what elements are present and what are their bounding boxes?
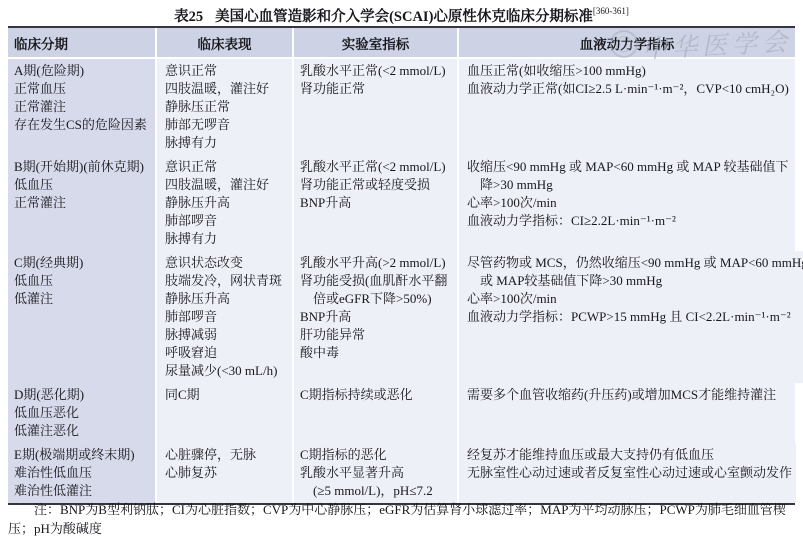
cma-seal-icon xyxy=(610,30,638,58)
cell-clinical: 意识正常四肢温暖，灌注好静脉压升高肺部啰音脉搏有力 xyxy=(155,155,292,251)
cell-line: 低灌注恶化 xyxy=(14,422,151,440)
cell-hemodynamics: 尽管药物或 MCS，仍然收缩压<90 mmHg 或 MAP<60 mmHg或 M… xyxy=(457,251,803,383)
cell-line: 心率>100次/min xyxy=(467,194,791,212)
cell-line: 肺部无啰音 xyxy=(165,116,288,134)
cell-line: 或 MAP较基础值下降>30 mmHg xyxy=(467,272,803,290)
cell-line: 低血压恶化 xyxy=(14,404,151,422)
cell-line: 肾功能正常或轻度受损 xyxy=(300,176,453,194)
cell-line: 正常灌注 xyxy=(14,194,151,212)
cell-line: D期(恶化期) xyxy=(14,386,151,404)
cell-line: 正常灌注 xyxy=(14,98,151,116)
cell-line: 降>30 mmHg xyxy=(467,176,791,194)
cell-line: 四肢温暖，灌注好 xyxy=(165,176,288,194)
cell-lab: 乳酸水平升高(>2 mmol/L)肾功能受损(血肌酐水平翻倍或eGFR下降>50… xyxy=(292,251,457,383)
cell-line: BNP升高 xyxy=(300,194,453,212)
cell-line: 尿量减少(<30 mL/h) xyxy=(165,362,288,380)
cell-line: 经复苏才能维持血压或最大支持仍有低血压 xyxy=(467,446,792,464)
cell-line: C期指标的恶化 xyxy=(300,446,453,464)
watermark: 中华医学会 xyxy=(610,26,792,62)
cell-line: 存在发生CS的危险因素 xyxy=(14,116,151,134)
cell-line: 意识正常 xyxy=(165,158,288,176)
cell-line: 血液动力学指标：CI≥2.2L·min⁻¹·m⁻² xyxy=(467,212,791,230)
cell-line: 静脉压正常 xyxy=(165,98,288,116)
cell-line: 心率>100次/min xyxy=(467,290,803,308)
cell-line: 正常血压 xyxy=(14,80,151,98)
cell-hemodynamics: 需要多个血管收缩药(升压药)或增加MCS才能维持灌注 xyxy=(457,383,795,443)
cell-clinical: 心脏骤停，无脉心肺复苏 xyxy=(155,443,292,503)
cell-line: (≥5 mmol/L)，pH≤7.2 xyxy=(300,482,453,500)
cell-stage: B期(开始期)(前休克期)低血压正常灌注 xyxy=(8,155,155,251)
table-title: 表25美国心血管造影和介入学会(SCAI)心原性休克临床分期标准[360-361… xyxy=(0,0,803,25)
cell-line: 肺部啰音 xyxy=(165,212,288,230)
table-row-a: A期(危险期)正常血压正常灌注存在发生CS的危险因素意识正常四肢温暖，灌注好静脉… xyxy=(8,59,795,155)
table-body: A期(危险期)正常血压正常灌注存在发生CS的危险因素意识正常四肢温暖，灌注好静脉… xyxy=(8,59,795,503)
cell-line: 血液动力学指标：PCWP>15 mmHg 且 CI<2.2L·min⁻¹·m⁻² xyxy=(467,308,803,326)
cell-line: 血液动力学正常(如CI≥2.5 L·min⁻¹·m⁻²，CVP<10 cmH₂O… xyxy=(467,80,791,98)
cell-line: B期(开始期)(前休克期) xyxy=(14,158,151,176)
cell-stage: E期(极端期或终末期)难治性低血压难治性低灌注 xyxy=(8,443,155,503)
column-header-clinical: 临床表现 xyxy=(155,28,292,57)
cell-line: E期(极端期或终末期) xyxy=(14,446,151,464)
cell-line: C期(经典期) xyxy=(14,254,151,272)
table-row-e: E期(极端期或终末期)难治性低血压难治性低灌注心脏骤停，无脉心肺复苏C期指标的恶… xyxy=(8,443,795,503)
cell-line: 无脉室性心动过速或者反复室性心动过速或心室颤动发作 xyxy=(467,464,792,482)
table-title-text: 美国心血管造影和介入学会(SCAI)心原性休克临床分期标准 xyxy=(215,9,593,25)
cell-line: 乳酸水平显著升高 xyxy=(300,464,453,482)
cell-line: BNP升高 xyxy=(300,308,453,326)
cell-line: 难治性低灌注 xyxy=(14,482,151,500)
cell-stage: A期(危险期)正常血压正常灌注存在发生CS的危险因素 xyxy=(8,59,155,155)
cell-stage: D期(恶化期)低血压恶化低灌注恶化 xyxy=(8,383,155,443)
cell-line: 低灌注 xyxy=(14,290,151,308)
cell-line: 同C期 xyxy=(165,386,288,404)
cell-line: 肝功能异常 xyxy=(300,326,453,344)
cell-lab: C期指标的恶化乳酸水平显著升高(≥5 mmol/L)，pH≤7.2 xyxy=(292,443,457,503)
table-number: 表25 xyxy=(174,9,203,25)
cell-line: 低血压 xyxy=(14,272,151,290)
cell-lab: 乳酸水平正常(<2 mmol/L)肾功能正常 xyxy=(292,59,457,155)
cell-line: 肺部啰音 xyxy=(165,308,288,326)
cell-line: 倍或eGFR下降>50%) xyxy=(300,290,453,308)
cell-line: 需要多个血管收缩药(升压药)或增加MCS才能维持灌注 xyxy=(467,386,791,404)
cell-line: 乳酸水平升高(>2 mmol/L) xyxy=(300,254,453,272)
cell-line: 四肢温暖，灌注好 xyxy=(165,80,288,98)
cell-line: 乳酸水平正常(<2 mmol/L) xyxy=(300,62,453,80)
cell-line: 脉搏有力 xyxy=(165,134,288,152)
cell-line: 酸中毒 xyxy=(300,344,453,362)
cell-clinical: 意识正常四肢温暖，灌注好静脉压正常肺部无啰音脉搏有力 xyxy=(155,59,292,155)
scai-shock-stage-table: 临床分期临床表现实验室指标血液动力学指标 A期(危险期)正常血压正常灌注存在发生… xyxy=(8,26,795,505)
cell-stage: C期(经典期)低血压低灌注 xyxy=(8,251,155,383)
reference-superscript: [360-361] xyxy=(593,6,629,16)
cell-line: 难治性低血压 xyxy=(14,464,151,482)
cell-hemodynamics: 经复苏才能维持血压或最大支持仍有低血压无脉室性心动过速或者反复室性心动过速或心室… xyxy=(457,443,796,503)
column-header-lab: 实验室指标 xyxy=(292,28,457,57)
cell-line: 脉搏减弱 xyxy=(165,326,288,344)
table-row-d: D期(恶化期)低血压恶化低灌注恶化同C期C期指标持续或恶化需要多个血管收缩药(升… xyxy=(8,383,795,443)
cell-clinical: 意识状态改变肢端发冷，网状青斑静脉压升高肺部啰音脉搏减弱呼吸窘迫尿量减少(<30… xyxy=(155,251,292,383)
cell-line: 心脏骤停，无脉 xyxy=(165,446,288,464)
table-row-c: C期(经典期)低血压低灌注意识状态改变肢端发冷，网状青斑静脉压升高肺部啰音脉搏减… xyxy=(8,251,795,383)
cell-line: 尽管药物或 MCS，仍然收缩压<90 mmHg 或 MAP<60 mmHg xyxy=(467,254,803,272)
document-page: 表25美国心血管造影和介入学会(SCAI)心原性休克临床分期标准[360-361… xyxy=(0,0,803,538)
cell-line: 脉搏有力 xyxy=(165,230,288,248)
cell-line: 意识状态改变 xyxy=(165,254,288,272)
cell-line: 静脉压升高 xyxy=(165,194,288,212)
cell-lab: 乳酸水平正常(<2 mmol/L)肾功能正常或轻度受损BNP升高 xyxy=(292,155,457,251)
column-header-stage: 临床分期 xyxy=(8,28,155,57)
cell-line: 乳酸水平正常(<2 mmol/L) xyxy=(300,158,453,176)
cell-line: 血压正常(如收缩压>100 mmHg) xyxy=(467,62,791,80)
cell-hemodynamics: 收缩压<90 mmHg 或 MAP<60 mmHg 或 MAP 较基础值下降>3… xyxy=(457,155,795,251)
cell-line: A期(危险期) xyxy=(14,62,151,80)
table-row-b: B期(开始期)(前休克期)低血压正常灌注意识正常四肢温暖，灌注好静脉压升高肺部啰… xyxy=(8,155,795,251)
cell-line: C期指标持续或恶化 xyxy=(300,386,453,404)
cell-line: 静脉压升高 xyxy=(165,290,288,308)
cell-hemodynamics: 血压正常(如收缩压>100 mmHg)血液动力学正常(如CI≥2.5 L·min… xyxy=(457,59,795,155)
cell-lab: C期指标持续或恶化 xyxy=(292,383,457,443)
cell-line: 肢端发冷，网状青斑 xyxy=(165,272,288,290)
cell-line: 呼吸窘迫 xyxy=(165,344,288,362)
cell-line: 肾功能正常 xyxy=(300,80,453,98)
cell-clinical: 同C期 xyxy=(155,383,292,443)
footnote: 注：BNP为B型利钠肽；CI为心脏指数；CVP为中心静脉压；eGFR为估算肾小球… xyxy=(8,500,798,538)
cell-line: 肾功能受损(血肌酐水平翻 xyxy=(300,272,453,290)
cell-line: 收缩压<90 mmHg 或 MAP<60 mmHg 或 MAP 较基础值下 xyxy=(467,158,791,176)
cell-line: 低血压 xyxy=(14,176,151,194)
watermark-text: 中华医学会 xyxy=(641,22,793,66)
cell-line: 意识正常 xyxy=(165,62,288,80)
cell-line: 心肺复苏 xyxy=(165,464,288,482)
